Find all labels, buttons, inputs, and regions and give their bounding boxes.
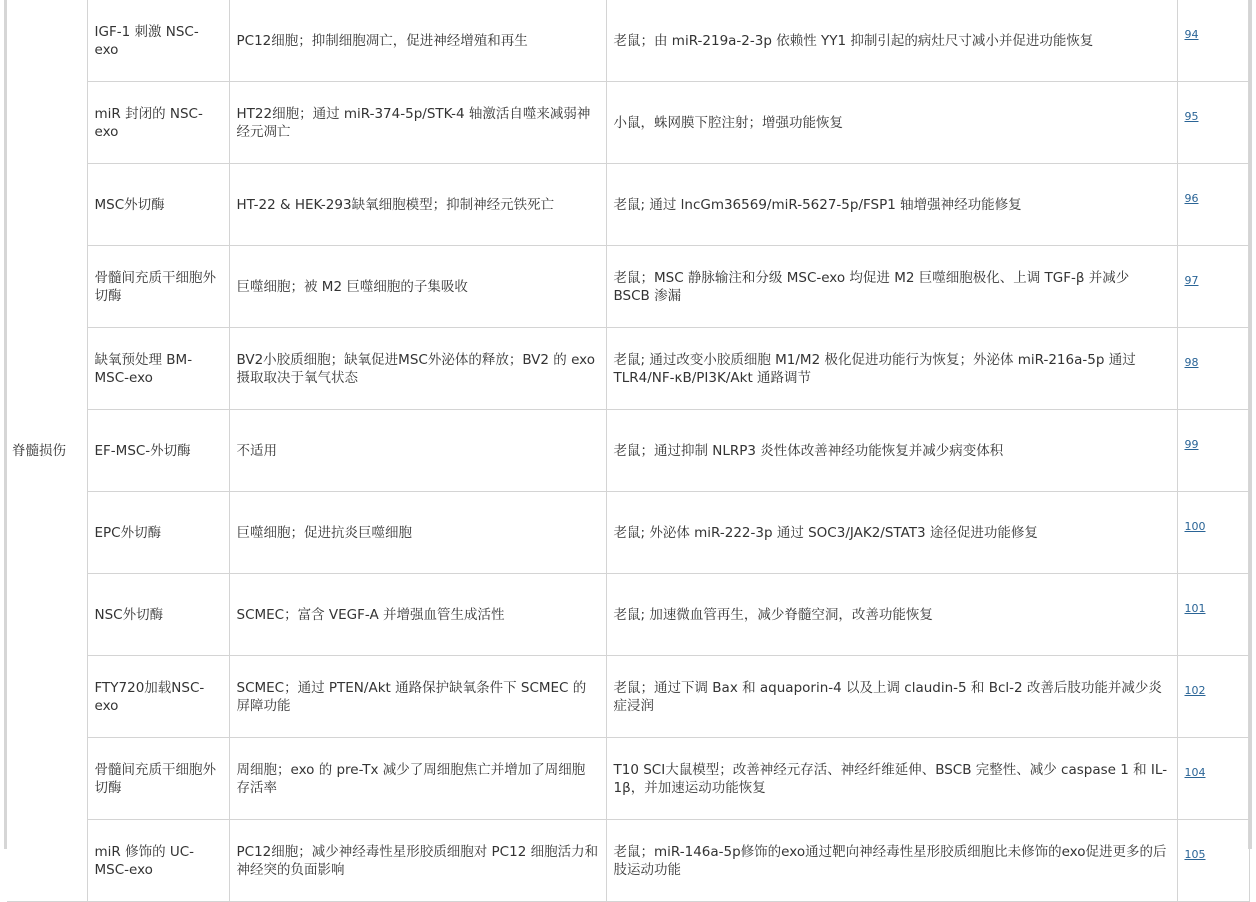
- in-vitro-cell: BV2小胶质细胞；缺氧促进MSC外泌体的释放；BV2 的 exo 摄取取决于氧气…: [229, 328, 606, 410]
- table-row: NSC外切酶 SCMEC；富含 VEGF-A 并增强血管生成活性 老鼠; 加速微…: [7, 574, 1249, 656]
- in-vivo-cell: 小鼠，蛛网膜下腔注射；增强功能恢复: [606, 82, 1177, 164]
- exosome-cell: 缺氧预处理 BM-MSC-exo: [87, 328, 229, 410]
- reference-link[interactable]: 96: [1185, 192, 1199, 205]
- reference-cell: 99: [1177, 410, 1249, 492]
- table-row: 缺氧预处理 BM-MSC-exo BV2小胶质细胞；缺氧促进MSC外泌体的释放；…: [7, 328, 1249, 410]
- reference-link[interactable]: 102: [1185, 684, 1206, 697]
- reference-cell: 94: [1177, 0, 1249, 82]
- reference-cell: 97: [1177, 246, 1249, 328]
- in-vitro-cell: 巨噬细胞；促进抗炎巨噬细胞: [229, 492, 606, 574]
- in-vivo-cell: 老鼠；通过下调 Bax 和 aquaporin-4 以及上调 claudin-5…: [606, 656, 1177, 738]
- table-row: EF-MSC-外切酶 不适用 老鼠；通过抑制 NLRP3 炎性体改善神经功能恢复…: [7, 410, 1249, 492]
- table-row: FTY720加载NSC-exo SCMEC；通过 PTEN/Akt 通路保护缺氧…: [7, 656, 1249, 738]
- table-row: MSC外切酶 HT-22 & HEK-293缺氧细胞模型；抑制神经元铁死亡 老鼠…: [7, 164, 1249, 246]
- in-vitro-cell: SCMEC；富含 VEGF-A 并增强血管生成活性: [229, 574, 606, 656]
- in-vivo-cell: T10 SCI大鼠模型；改善神经元存活、神经纤维延伸、BSCB 完整性、减少 c…: [606, 738, 1177, 820]
- exosome-cell: EF-MSC-外切酶: [87, 410, 229, 492]
- reference-cell: 98: [1177, 328, 1249, 410]
- table-row: 骨髓间充质干细胞外切酶 巨噬细胞；被 M2 巨噬细胞的子集吸收 老鼠；MSC 静…: [7, 246, 1249, 328]
- exosome-cell: MSC外切酶: [87, 164, 229, 246]
- in-vivo-cell: 老鼠; 通过 lncGm36569/miR-5627-5p/FSP1 轴增强神经…: [606, 164, 1177, 246]
- table-row: miR 封闭的 NSC-exo HT22细胞；通过 miR-374-5p/STK…: [7, 82, 1249, 164]
- reference-cell: 101: [1177, 574, 1249, 656]
- in-vivo-cell: 老鼠；通过抑制 NLRP3 炎性体改善神经功能恢复并减少病变体积: [606, 410, 1177, 492]
- in-vitro-cell: PC12细胞；减少神经毒性星形胶质细胞对 PC12 细胞活力和神经突的负面影响: [229, 820, 606, 846]
- in-vitro-cell: 不适用: [229, 410, 606, 492]
- reference-cell: 96: [1177, 164, 1249, 246]
- exosome-cell: IGF-1 刺激 NSC-exo: [87, 0, 229, 82]
- in-vitro-cell: 巨噬细胞；被 M2 巨噬细胞的子集吸收: [229, 246, 606, 328]
- in-vivo-cell: 老鼠；由 miR-219a-2-3p 依赖性 YY1 抑制引起的病灶尺寸减小并促…: [606, 0, 1177, 82]
- reference-cell: 100: [1177, 492, 1249, 574]
- table-row: EPC外切酶 巨噬细胞；促进抗炎巨噬细胞 老鼠; 外泌体 miR-222-3p …: [7, 492, 1249, 574]
- reference-link[interactable]: 100: [1185, 520, 1206, 533]
- reference-cell: 104: [1177, 738, 1249, 820]
- in-vitro-cell: 周细胞；exo 的 pre-Tx 减少了周细胞焦亡并增加了周细胞存活率: [229, 738, 606, 820]
- reference-link[interactable]: 94: [1185, 28, 1199, 41]
- in-vivo-cell: 老鼠；MSC 静脉输注和分级 MSC-exo 均促进 M2 巨噬细胞极化、上调 …: [606, 246, 1177, 328]
- exosome-cell: FTY720加载NSC-exo: [87, 656, 229, 738]
- in-vivo-cell: 老鼠; 外泌体 miR-222-3p 通过 SOC3/JAK2/STAT3 途径…: [606, 492, 1177, 574]
- exosome-cell: 骨髓间充质干细胞外切酶: [87, 246, 229, 328]
- reference-cell: 102: [1177, 656, 1249, 738]
- exosome-cell: miR 封闭的 NSC-exo: [87, 82, 229, 164]
- in-vitro-cell: PC12细胞；抑制细胞凋亡，促进神经增殖和再生: [229, 0, 606, 82]
- exosome-cell: EPC外切酶: [87, 492, 229, 574]
- in-vivo-cell: 老鼠; 加速微血管再生，减少脊髓空洞，改善功能恢复: [606, 574, 1177, 656]
- reference-link[interactable]: 97: [1185, 274, 1199, 287]
- exosome-cell: miR 修饰的 UC-MSC-exo: [87, 820, 229, 846]
- reference-link[interactable]: 101: [1185, 602, 1206, 615]
- reference-cell: 105: [1177, 820, 1249, 846]
- reference-link[interactable]: 104: [1185, 766, 1206, 779]
- in-vitro-cell: SCMEC；通过 PTEN/Akt 通路保护缺氧条件下 SCMEC 的屏障功能: [229, 656, 606, 738]
- in-vivo-cell: 老鼠；miR-146a-5p修饰的exo通过靶向神经毒性星形胶质细胞比未修饰的e…: [606, 820, 1177, 846]
- table-row: 骨髓间充质干细胞外切酶 周细胞；exo 的 pre-Tx 减少了周细胞焦亡并增加…: [7, 738, 1249, 820]
- exosome-cell: NSC外切酶: [87, 574, 229, 656]
- reference-link[interactable]: 99: [1185, 438, 1199, 451]
- in-vitro-cell: HT-22 & HEK-293缺氧细胞模型；抑制神经元铁死亡: [229, 164, 606, 246]
- table-row: 脊髓损伤 IGF-1 刺激 NSC-exo PC12细胞；抑制细胞凋亡，促进神经…: [7, 0, 1249, 82]
- in-vivo-cell: 老鼠; 通过改变小胶质细胞 M1/M2 极化促进功能行为恢复；外泌体 miR-2…: [606, 328, 1177, 410]
- table-row: miR 修饰的 UC-MSC-exo PC12细胞；减少神经毒性星形胶质细胞对 …: [7, 820, 1249, 846]
- reference-link[interactable]: 98: [1185, 356, 1199, 369]
- exosome-cell: 骨髓间充质干细胞外切酶: [87, 738, 229, 820]
- reference-link[interactable]: 95: [1185, 110, 1199, 123]
- category-cell: 脊髓损伤: [7, 0, 87, 845]
- reference-cell: 95: [1177, 82, 1249, 164]
- in-vitro-cell: HT22细胞；通过 miR-374-5p/STK-4 轴激活自噬来减弱神经元凋亡: [229, 82, 606, 164]
- exosome-therapy-table: 脊髓损伤 IGF-1 刺激 NSC-exo PC12细胞；抑制细胞凋亡，促进神经…: [7, 0, 1250, 845]
